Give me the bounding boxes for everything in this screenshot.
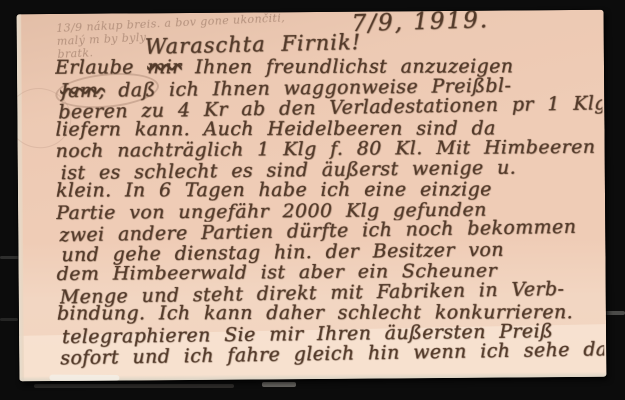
scan-streak — [0, 318, 18, 321]
handwriting-text: Erlaube — [55, 56, 147, 78]
scan-streak — [262, 382, 296, 387]
salutation: Waraschta Firnik! — [145, 30, 362, 59]
struck-word: mir — [147, 56, 181, 78]
postcard-body: Erlaube mir Ihnen freundlichst anzuzeige… — [55, 55, 604, 367]
handwriting-line: liefern kann. Auch Heidelbeeren sind da — [55, 118, 602, 140]
scan-streak — [0, 256, 20, 259]
date: 7/9, 1919. — [351, 10, 489, 37]
scan-streak — [34, 384, 234, 388]
handwriting-text: Ihnen freundlichst anzuzeigen — [182, 56, 514, 78]
handwriting-text: bindung. Ich kann daher schlecht konkurr… — [57, 302, 573, 324]
postcard-corner-highlight — [49, 375, 119, 381]
postcard-left-edge — [17, 14, 25, 381]
struck-word: Jam, — [60, 79, 105, 101]
postcard: 13/9 nákup breis. a bov gone ukončiti,ma… — [17, 10, 607, 382]
scan-streak — [604, 311, 625, 315]
handwriting-line: klein. In 6 Tagen habe ich eine einzige — [56, 179, 603, 201]
handwriting-text: klein. In 6 Tagen habe ich eine einzige — [56, 179, 492, 201]
handwriting-text: liefern kann. Auch Heidelbeeren sind da — [55, 118, 495, 140]
scan-background: 13/9 nákup breis. a bov gone ukončiti,ma… — [0, 0, 625, 400]
